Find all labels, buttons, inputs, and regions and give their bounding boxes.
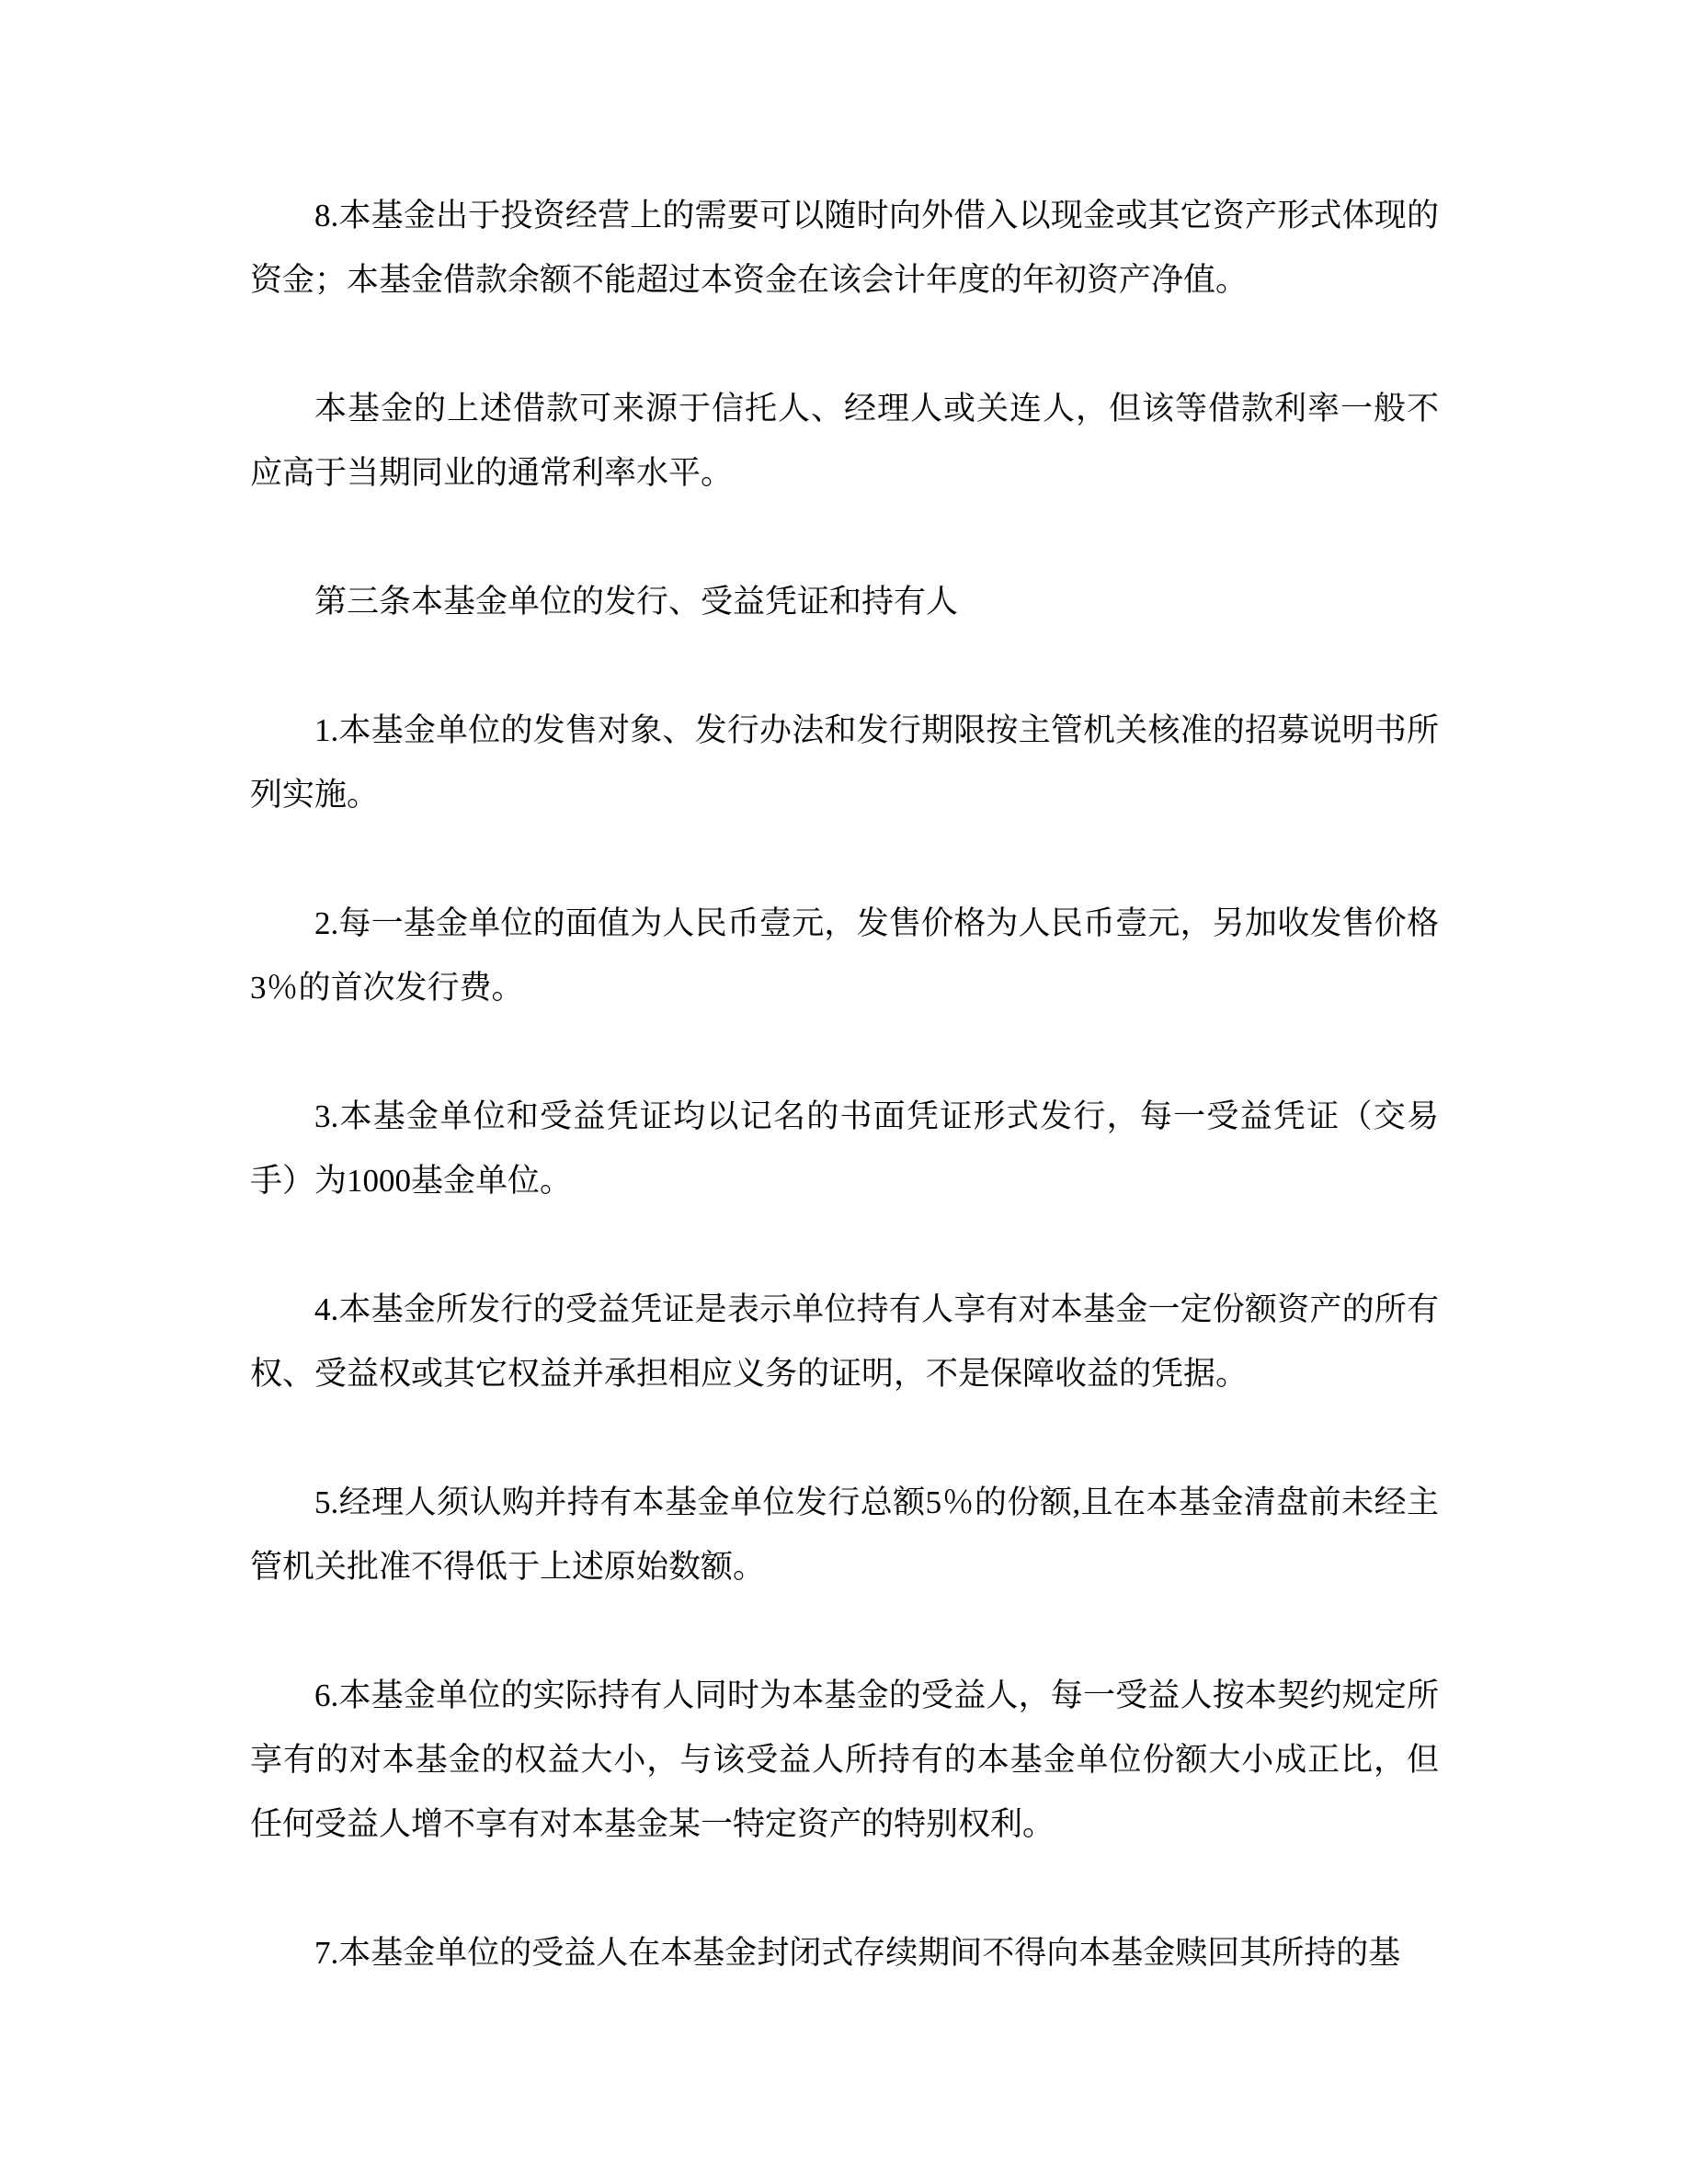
- paragraph: 8.本基金出于投资经营上的需要可以随时向外借入以现金或其它资产形式体现的资金；本…: [250, 184, 1439, 313]
- document-page: 8.本基金出于投资经营上的需要可以随时向外借入以现金或其它资产形式体现的资金；本…: [0, 0, 1688, 2184]
- paragraph: 5.经理人须认购并持有本基金单位发行总额5％的份额,且在本基金清盘前未经主管机关…: [250, 1471, 1439, 1599]
- paragraph: 7.本基金单位的受益人在本基金封闭式存续期间不得向本基金赎回其所持的基: [250, 1921, 1439, 1985]
- document-body: 8.本基金出于投资经营上的需要可以随时向外借入以现金或其它资产形式体现的资金；本…: [250, 184, 1439, 1985]
- paragraph: 本基金的上述借款可来源于信托人、经理人或关连人，但该等借款利率一般不应高于当期同…: [250, 377, 1439, 506]
- paragraph: 4.本基金所发行的受益凭证是表示单位持有人享有对本基金一定份额资产的所有权、受益…: [250, 1278, 1439, 1406]
- section-heading: 第三条本基金单位的发行、受益凭证和持有人: [250, 570, 1439, 634]
- paragraph: 2.每一基金单位的面值为人民币壹元，发售价格为人民币壹元，另加收发售价格3％的首…: [250, 892, 1439, 1020]
- paragraph: 3.本基金单位和受益凭证均以记名的书面凭证形式发行，每一受益凭证（交易手）为10…: [250, 1085, 1439, 1213]
- paragraph: 6.本基金单位的实际持有人同时为本基金的受益人，每一受益人按本契约规定所享有的对…: [250, 1664, 1439, 1857]
- paragraph: 1.本基金单位的发售对象、发行办法和发行期限按主管机关核准的招募说明书所列实施。: [250, 699, 1439, 827]
